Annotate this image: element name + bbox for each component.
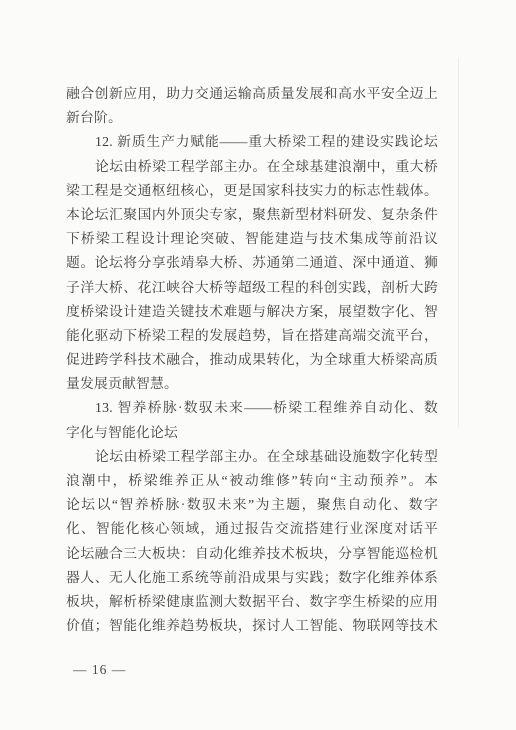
scan-edge-artifact xyxy=(458,58,459,428)
text-line: 器人、无人化施工系统等前沿成果与实践；数字化维养体系 xyxy=(66,566,438,590)
text-line: 度桥梁设计建造关键技术难题与解决方案，展望数字化、智 xyxy=(66,300,438,324)
heading-line-forum-12: 12. 新质生产力赋能——重大桥梁工程的建设实践论坛 xyxy=(66,130,438,154)
document-body: 融合创新应用，助力交通运输高质量发展和高水平安全迈上 新台阶。 12. 新质生产… xyxy=(66,82,438,638)
text-line: 论坛由桥梁工程学部主办。在全球基建浪潮中，重大桥 xyxy=(66,155,438,179)
text-line: 本论坛汇聚国内外顶尖专家，聚焦新型材料研发、复杂条件 xyxy=(66,203,438,227)
text-line: 化、智能化核心领域，通过报告交流搭建行业深度对话平台。 xyxy=(66,517,438,541)
text-line: 下桥梁工程设计理论突破、智能建造与技术集成等前沿议 xyxy=(66,227,438,251)
text-line: 价值；智能化维养趋势板块，探讨人工智能、物联网等技术 xyxy=(66,614,438,638)
text-line: 板块，解析桥梁健康监测大数据平台、数字孪生桥梁的应用 xyxy=(66,590,438,614)
text-line: 子洋大桥、花江峡谷大桥等超级工程的科创实践，剖析大跨 xyxy=(66,276,438,300)
text-line: 促进跨学科技术融合，推动成果转化，为全球重大桥梁高质 xyxy=(66,348,438,372)
text-line: 论坛融合三大板块：自动化维养技术板块，分享智能巡检机 xyxy=(66,542,438,566)
text-line: 融合创新应用，助力交通运输高质量发展和高水平安全迈上 xyxy=(66,82,438,106)
text-line: 论坛由桥梁工程学部主办。在全球基础设施数字化转型 xyxy=(66,445,438,469)
text-line: 题。论坛将分享张靖皋大桥、苏通第二通道、深中通道、狮 xyxy=(66,251,438,275)
text-line: 量发展贡献智慧。 xyxy=(66,372,438,396)
text-line: 论坛以“智养桥脉·数驭未来”为主题，聚焦自动化、数字 xyxy=(66,493,438,517)
text-line: 梁工程是交通枢纽核心，更是国家科技实力的标志性载体。 xyxy=(66,179,438,203)
heading-line-forum-13: 13. 智养桥脉·数驭未来——桥梁工程维养自动化、数 xyxy=(66,396,438,420)
document-page: 融合创新应用，助力交通运输高质量发展和高水平安全迈上 新台阶。 12. 新质生产… xyxy=(0,0,516,730)
text-line: 浪潮中，桥梁维养正从“被动维修”转向“主动预养”。本 xyxy=(66,469,438,493)
page-number: — 16 — xyxy=(73,662,126,678)
text-line: 能化驱动下桥梁工程的发展趋势，旨在搭建高端交流平台， xyxy=(66,324,438,348)
text-line: 新台阶。 xyxy=(66,106,438,130)
heading-line-forum-13-cont: 字化与智能化论坛 xyxy=(66,421,438,445)
